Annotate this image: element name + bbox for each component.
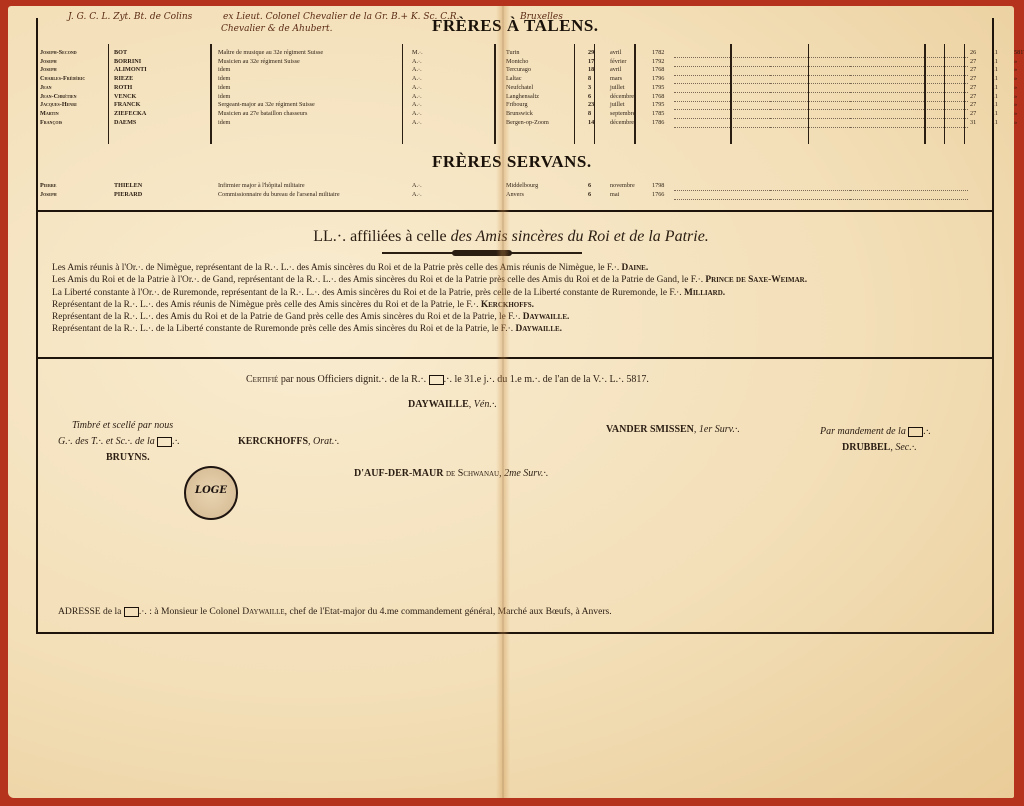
- register-row: Charles-FrédéricRIEZEidemA.·.Laltac8mars…: [38, 75, 1024, 84]
- tail-col-2: 11: [990, 110, 1012, 119]
- column-divider: [634, 44, 636, 144]
- register-row: Jacques-HenriFRANCKSergeant-major au 32e…: [38, 101, 1024, 110]
- tail-col-1: 27: [968, 101, 990, 110]
- birth-month: décembre: [608, 119, 650, 128]
- blank-field: [674, 84, 770, 93]
- surname: ZIEFECKA: [112, 110, 216, 119]
- brother-name: Daywaille.: [515, 324, 562, 334]
- venerable-signature: DAYWAILLE, Vén.·.: [408, 399, 497, 410]
- tail-col-2: 11: [990, 75, 1012, 84]
- blank-field: [674, 58, 770, 67]
- blank-field: [770, 191, 850, 200]
- birth-month: avril: [608, 66, 650, 75]
- occupation: idem: [216, 119, 410, 128]
- lodge-square-symbol: [429, 375, 444, 385]
- blank-field: [850, 191, 968, 200]
- lodge-square-symbol: [157, 437, 172, 447]
- register-row: JosephBORRINIMusicien au 32e régiment Su…: [38, 58, 1024, 67]
- timbre-suffix: .·.: [172, 436, 180, 447]
- birth-month: décembre: [608, 93, 650, 102]
- affiliated-lodge-line: La Liberté constante à l'Or.·. de Ruremo…: [52, 287, 807, 299]
- address-text-a: .·. : à Monsieur le Colonel: [139, 606, 242, 617]
- certification-line: Certifié par nous Officiers dignit.·. de…: [246, 374, 649, 385]
- document-sheet: J. G. C. L. Zyt. Bt. de Colins ex Lieut.…: [8, 6, 1014, 798]
- tail-col-3: »: [1012, 101, 1024, 110]
- tail-col-3: »: [1012, 119, 1024, 128]
- masonic-grade: A.·.: [410, 182, 504, 191]
- surname: THIELEN: [112, 182, 216, 191]
- freres-servans-title: FRÈRES SERVANS.: [432, 152, 592, 172]
- birth-year: 1782: [650, 49, 674, 58]
- tail-col-3: »: [1012, 93, 1024, 102]
- blank-field: [770, 182, 850, 191]
- tail-col-3: 5817: [1012, 49, 1024, 58]
- tail-col-1: 31: [968, 119, 990, 128]
- birth-year: 1768: [650, 66, 674, 75]
- brother-name: Prince de Saxe-Weimar.: [705, 275, 807, 285]
- tail-col-2: 11: [990, 66, 1012, 75]
- lodge-square-symbol: [124, 607, 139, 617]
- ornamental-rule: [382, 252, 582, 254]
- tail-col-3: »: [1012, 84, 1024, 93]
- surname: VENCK: [112, 93, 216, 102]
- first-surveillant-title: , 1er Surv.·.: [694, 424, 740, 435]
- given-name: Joseph: [38, 191, 112, 200]
- tail-col-1: 27: [968, 84, 990, 93]
- affiliated-lodge-text: Représentant de la R.·. L.·. des Amis du…: [52, 312, 523, 322]
- birth-year: 1785: [650, 110, 674, 119]
- surname: PIERARD: [112, 191, 216, 200]
- timbre-line-1: Timbré et scellé par nous: [72, 420, 173, 431]
- masonic-grade: A.·.: [410, 191, 504, 200]
- blank-field: [770, 110, 850, 119]
- timbre-line-2: G.·. des T.·. et Sc.·. de la .·.: [58, 436, 180, 447]
- column-divider: [808, 44, 809, 144]
- given-name: Martin: [38, 110, 112, 119]
- certified-text-b: .·. le 31.e j.·. du 1.e m.·. de l'an de …: [444, 374, 649, 385]
- blank-field: [850, 84, 968, 93]
- blank-field: [674, 66, 770, 75]
- blank-field: [850, 101, 968, 110]
- orator-signature: KERCKHOFFS, Orat.·.: [238, 436, 339, 447]
- tail-col-2: 11: [990, 49, 1012, 58]
- birth-day: 6: [586, 182, 608, 191]
- birth-day: 6: [586, 93, 608, 102]
- mandate-line: Par mandement de la .·.: [820, 426, 931, 437]
- tail-col-1: 27: [968, 93, 990, 102]
- affiliated-lodge-line: Représentant de la R.·. L.·. des Amis du…: [52, 311, 807, 323]
- certified-text-a: par nous Officiers dignit.·. de la R.·.: [278, 374, 428, 385]
- affiliated-title-plain: LL.·. affiliées à celle: [313, 228, 450, 245]
- affiliated-lodge-line: Les Amis du Roi et de la Patrie à l'Or.·…: [52, 274, 807, 286]
- birth-month: juillet: [608, 101, 650, 110]
- surname: RIEZE: [112, 75, 216, 84]
- birthplace: Anvers: [504, 191, 586, 200]
- occupation: idem: [216, 75, 410, 84]
- birth-day: 29: [586, 49, 608, 58]
- occupation: Maître de musique au 32e régiment Suisse: [216, 49, 410, 58]
- section-rule: [36, 210, 994, 212]
- blank-field: [770, 66, 850, 75]
- occupation: idem: [216, 66, 410, 75]
- occupation: Infirmier major à l'hôpital militaire: [216, 182, 410, 191]
- birth-month: mai: [608, 191, 650, 200]
- blank-field: [770, 84, 850, 93]
- address-line: ADRESSE de la .·. : à Monsieur le Colone…: [58, 606, 612, 617]
- birth-year: 1792: [650, 58, 674, 67]
- tail-col-3: »: [1012, 66, 1024, 75]
- affiliated-lodges-title: LL.·. affiliées à celle des Amis sincère…: [8, 228, 1014, 246]
- secretary-title: , Sec.·.: [890, 442, 916, 453]
- tail-col-2: 11: [990, 119, 1012, 128]
- blank-field: [674, 182, 770, 191]
- affiliated-lodge-text: Représentant de la R.·. L.·. des Amis ré…: [52, 300, 481, 310]
- blank-field: [770, 93, 850, 102]
- tail-col-1: 27: [968, 58, 990, 67]
- second-surveillant-signature: D'AUF-DER-MAUR de Schwanau, 2me Surv.·.: [354, 468, 548, 479]
- masonic-grade: M.·.: [410, 49, 504, 58]
- affiliated-lodges-list: Les Amis réunis à l'Or.·. de Nimègue, re…: [52, 262, 807, 336]
- freres-servans-table: PierreTHIELENInfirmier major à l'hôpital…: [38, 182, 968, 200]
- given-name: Pierre: [38, 182, 112, 191]
- bruyns-signature: BRUYNS.: [106, 452, 150, 463]
- timbre-text: G.·. des T.·. et Sc.·. de la: [58, 436, 157, 447]
- column-divider: [210, 44, 212, 144]
- birth-month: avril: [608, 49, 650, 58]
- register-row: JosephPIERARDCommissionnaire du bureau d…: [38, 191, 968, 200]
- blank-field: [674, 191, 770, 200]
- blank-field: [850, 110, 968, 119]
- birth-month: novembre: [608, 182, 650, 191]
- surname: ALIMONTI: [112, 66, 216, 75]
- orator-name: KERCKHOFFS: [238, 436, 308, 447]
- surname: BOT: [112, 49, 216, 58]
- column-divider: [108, 44, 109, 144]
- masonic-grade: A.·.: [410, 101, 504, 110]
- tail-col-1: 27: [968, 110, 990, 119]
- birth-day: 3: [586, 84, 608, 93]
- birth-year: 1786: [650, 119, 674, 128]
- tail-col-1: 27: [968, 66, 990, 75]
- blank-field: [674, 101, 770, 110]
- occupation: Musicien au 27e bataillon chasseurs: [216, 110, 410, 119]
- address-name: Daywaille: [242, 606, 284, 617]
- venerable-name: DAYWAILLE: [408, 399, 469, 410]
- birth-year: 1766: [650, 191, 674, 200]
- lodge-square-symbol: [908, 427, 923, 437]
- blank-field: [770, 101, 850, 110]
- given-name: Joseph: [38, 58, 112, 67]
- given-name: Charles-Frédéric: [38, 75, 112, 84]
- certified-lead: Certifié: [246, 374, 278, 385]
- venerable-title: , Vén.·.: [469, 399, 497, 410]
- mandate-suffix: .·.: [923, 426, 931, 437]
- birth-year: 1795: [650, 101, 674, 110]
- column-divider: [402, 44, 403, 144]
- blank-field: [770, 49, 850, 58]
- birthplace: Middelbourg: [504, 182, 586, 191]
- blank-field: [770, 75, 850, 84]
- given-name: Jacques-Henri: [38, 101, 112, 110]
- freres-a-talens-title: FRÈRES À TALENS.: [432, 16, 599, 36]
- lodge-seal-stamp: [184, 466, 238, 520]
- blank-field: [850, 93, 968, 102]
- birth-day: 8: [586, 75, 608, 84]
- secretary-signature: DRUBBEL, Sec.·.: [842, 442, 917, 453]
- affiliated-lodge-text: Les Amis du Roi et de la Patrie à l'Or.·…: [52, 275, 705, 285]
- secretary-name: DRUBBEL: [842, 442, 890, 453]
- affiliated-title-italic: des Amis sincères du Roi et de la Patrie…: [451, 228, 709, 245]
- given-name: Joseph: [38, 66, 112, 75]
- tail-col-2: 11: [990, 93, 1012, 102]
- column-divider: [730, 44, 732, 144]
- blank-field: [674, 75, 770, 84]
- blank-field: [850, 66, 968, 75]
- tail-col-3: »: [1012, 75, 1024, 84]
- column-divider: [964, 44, 965, 144]
- surname: BORRINI: [112, 58, 216, 67]
- occupation: idem: [216, 84, 410, 93]
- address-lead: ADRESSE de la: [58, 606, 124, 617]
- brother-name: Kerckhoffs.: [481, 300, 534, 310]
- affiliated-lodge-line: Représentant de la R.·. L.·. des Amis ré…: [52, 299, 807, 311]
- birth-year: 1798: [650, 182, 674, 191]
- blank-field: [850, 58, 968, 67]
- blank-field: [674, 119, 770, 128]
- birth-year: 1795: [650, 84, 674, 93]
- masonic-grade: A.·.: [410, 110, 504, 119]
- register-row: Jean-ChrétienVENCKidemA.·.Langhensaltz6d…: [38, 93, 1024, 102]
- second-surveillant-title: , 2me Surv.·.: [499, 468, 548, 479]
- blank-field: [850, 49, 968, 58]
- birth-day: 17: [586, 58, 608, 67]
- occupation: Musicien au 32e régiment Suisse: [216, 58, 410, 67]
- affiliated-lodge-text: Les Amis réunis à l'Or.·. de Nimègue, re…: [52, 263, 622, 273]
- register-row: FrançoisDAEMSidemA.·.Bergen-op-Zoom14déc…: [38, 119, 1024, 128]
- birth-year: 1796: [650, 75, 674, 84]
- masonic-grade: A.·.: [410, 84, 504, 93]
- affiliated-lodge-line: Représentant de la R.·. L.·. de la Liber…: [52, 323, 807, 335]
- birth-month: septembre: [608, 110, 650, 119]
- affiliated-lodge-line: Les Amis réunis à l'Or.·. de Nimègue, re…: [52, 262, 807, 274]
- orator-title: , Orat.·.: [308, 436, 339, 447]
- tail-col-2: 11: [990, 84, 1012, 93]
- address-text-b: , chef de l'Etat-major du 4.me commandem…: [285, 606, 612, 617]
- birth-day: 14: [586, 119, 608, 128]
- register-row: JosephALIMONTIidemA.·.Tercurago18avril17…: [38, 66, 1024, 75]
- brother-name: Daywaille.: [523, 312, 570, 322]
- given-name: Jean: [38, 84, 112, 93]
- tail-col-3: »: [1012, 110, 1024, 119]
- blank-field: [770, 58, 850, 67]
- column-divider: [574, 44, 575, 144]
- masonic-grade: A.·.: [410, 75, 504, 84]
- freres-a-talens-table: Joseph-SecondBOTMaître de musique au 32e…: [38, 49, 1024, 128]
- tail-col-2: 11: [990, 58, 1012, 67]
- birth-day: 18: [586, 66, 608, 75]
- column-divider: [924, 44, 926, 144]
- blank-field: [850, 182, 968, 191]
- section-rule: [36, 357, 994, 359]
- blank-field: [674, 93, 770, 102]
- register-row: PierreTHIELENInfirmier major à l'hôpital…: [38, 182, 968, 191]
- second-surveillant-name: D'AUF-DER-MAUR: [354, 468, 443, 479]
- surname: ROTH: [112, 84, 216, 93]
- birth-day: 6: [586, 191, 608, 200]
- first-surveillant-signature: VANDER SMISSEN, 1er Surv.·.: [606, 424, 740, 435]
- register-row: JeanROTHidemA.·.Neufchatel3juillet179527…: [38, 84, 1024, 93]
- masonic-grade: A.·.: [410, 58, 504, 67]
- masonic-grade: A.·.: [410, 119, 504, 128]
- given-name: Jean-Chrétien: [38, 93, 112, 102]
- column-divider: [494, 44, 496, 144]
- register-row: Joseph-SecondBOTMaître de musique au 32e…: [38, 49, 1024, 58]
- brother-name: Milliard.: [684, 288, 725, 298]
- register-row: MartinZIEFECKAMusicien au 27e bataillon …: [38, 110, 1024, 119]
- occupation: Commissionnaire du bureau de l'arsenal m…: [216, 191, 410, 200]
- tail-col-1: 26: [968, 49, 990, 58]
- blank-field: [850, 75, 968, 84]
- blank-field: [770, 119, 850, 128]
- surname: FRANCK: [112, 101, 216, 110]
- masonic-grade: A.·.: [410, 93, 504, 102]
- given-name: François: [38, 119, 112, 128]
- tail-col-1: 27: [968, 75, 990, 84]
- birth-day: 23: [586, 101, 608, 110]
- affiliated-lodge-text: Représentant de la R.·. L.·. de la Liber…: [52, 324, 515, 334]
- birth-day: 8: [586, 110, 608, 119]
- mandate-text: Par mandement de la: [820, 426, 908, 437]
- given-name: Joseph-Second: [38, 49, 112, 58]
- tail-col-2: 11: [990, 101, 1012, 110]
- affiliated-lodge-text: La Liberté constante à l'Or.·. de Ruremo…: [52, 288, 684, 298]
- column-divider: [944, 44, 945, 144]
- blank-field: [850, 119, 968, 128]
- first-surveillant-name: VANDER SMISSEN: [606, 424, 694, 435]
- second-surveillant-suffix: de Schwanau: [443, 468, 499, 479]
- brother-name: Daine.: [622, 263, 649, 273]
- birth-month: mars: [608, 75, 650, 84]
- birth-month: juillet: [608, 84, 650, 93]
- occupation: Sergeant-major au 32e régiment Suisse: [216, 101, 410, 110]
- occupation: idem: [216, 93, 410, 102]
- column-divider: [594, 44, 595, 144]
- birth-year: 1768: [650, 93, 674, 102]
- birth-month: février: [608, 58, 650, 67]
- tail-col-3: »: [1012, 58, 1024, 67]
- blank-field: [674, 110, 770, 119]
- blank-field: [674, 49, 770, 58]
- surname: DAEMS: [112, 119, 216, 128]
- masonic-grade: A.·.: [410, 66, 504, 75]
